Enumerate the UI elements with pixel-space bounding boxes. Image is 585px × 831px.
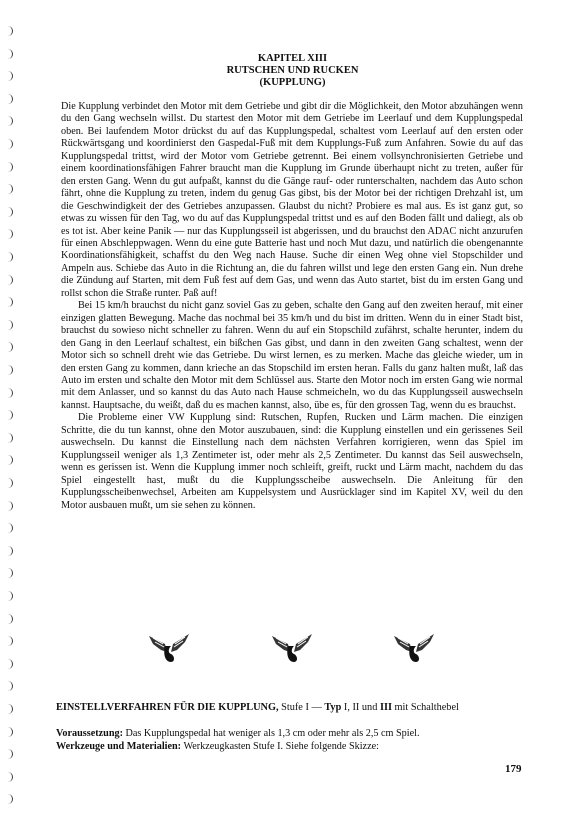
procedure-meta: Voraussetzung: Das Kupplungspedal hat we… — [56, 727, 576, 753]
tools-text: Werkzeugkasten Stufe I. Siehe folgende S… — [183, 741, 379, 752]
binding-mark — [7, 26, 13, 36]
prerequisite-line: Voraussetzung: Das Kupplungspedal hat we… — [56, 727, 576, 740]
section-title-and: und — [362, 702, 377, 713]
chapter-title: RUTSCHEN UND RUCKEN — [0, 65, 585, 77]
section-title-types: I, II — [344, 702, 359, 713]
binding-mark — [7, 139, 13, 149]
binding-mark — [7, 433, 13, 443]
binding-mark — [7, 591, 13, 601]
section-title-stage: Stufe I — — [281, 702, 322, 713]
tools-label: Werkzeuge und Materialien: — [56, 741, 181, 752]
binding-mark — [7, 207, 13, 217]
binding-mark — [7, 320, 13, 330]
binding-mark — [7, 681, 13, 691]
section-title-suffix: mit Schalthebel — [395, 702, 459, 713]
binding-mark — [7, 342, 13, 352]
binding-mark — [7, 410, 13, 420]
tools-line: Werkzeuge und Materialien: Werkzeugkaste… — [56, 740, 576, 753]
binding-mark — [7, 704, 13, 714]
binding-mark — [7, 501, 13, 511]
binding-mark — [7, 749, 13, 759]
binding-mark — [7, 252, 13, 262]
paragraph: Die Probleme einer VW Kupplung sind: Rut… — [61, 412, 523, 512]
binding-mark — [7, 794, 13, 804]
binding-mark — [7, 455, 13, 465]
binding-mark — [7, 184, 13, 194]
paragraph: Die Kupplung verbindet den Motor mit dem… — [61, 101, 523, 300]
paragraph: Bei 15 km/h brauchst du nicht ganz sovie… — [61, 300, 523, 412]
binding-mark — [7, 727, 13, 737]
chapter-label: KAPITEL XIII — [0, 53, 585, 65]
binding-mark — [7, 546, 13, 556]
chapter-body: Die Kupplung verbindet den Motor mit dem… — [61, 101, 523, 512]
section-title: EINSTELLVERFAHREN FÜR DIE KUPPLUNG, Stuf… — [56, 702, 576, 713]
binding-mark — [7, 229, 13, 239]
binding-mark — [7, 275, 13, 285]
winged-emblem-icon — [270, 632, 314, 666]
section-title-type-last: III — [380, 702, 392, 713]
chapter-header: KAPITEL XIII RUTSCHEN UND RUCKEN (KUPPLU… — [0, 53, 585, 89]
ornament-row — [0, 632, 585, 672]
winged-emblem-icon — [392, 632, 436, 666]
prerequisite-text: Das Kupplungspedal hat weniger als 1,3 c… — [126, 728, 420, 739]
binding-mark — [7, 162, 13, 172]
binding-mark — [7, 614, 13, 624]
binding-mark — [7, 568, 13, 578]
binding-mark — [7, 116, 13, 126]
binding-mark — [7, 772, 13, 782]
binding-mark — [7, 297, 13, 307]
winged-emblem-icon — [147, 632, 191, 666]
binding-mark — [7, 523, 13, 533]
binding-mark — [7, 478, 13, 488]
prerequisite-label: Voraussetzung: — [56, 728, 123, 739]
binding-marks — [3, 0, 17, 831]
page-number: 179 — [505, 763, 522, 775]
section-title-type-label: Typ — [324, 702, 341, 713]
section-title-caps: EINSTELLVERFAHREN FÜR DIE KUPPLUNG, — [56, 702, 279, 713]
binding-mark — [7, 94, 13, 104]
binding-mark — [7, 388, 13, 398]
binding-mark — [7, 365, 13, 375]
chapter-subtitle: (KUPPLUNG) — [0, 77, 585, 89]
